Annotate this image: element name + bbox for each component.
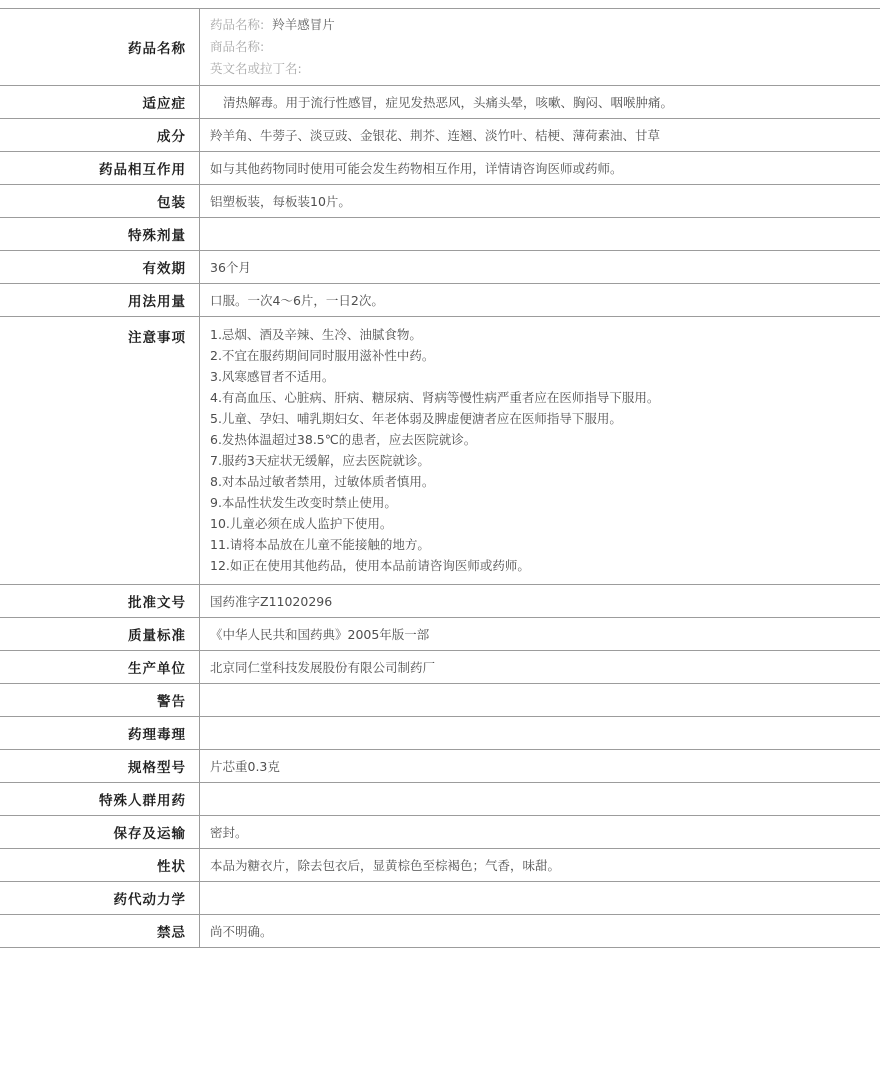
table-row: 药理毒理 xyxy=(0,717,880,750)
row-value: 口服。一次4～6片，一日2次。 xyxy=(200,284,880,316)
table-row: 药代动力学 xyxy=(0,882,880,915)
table-row: 成分 羚羊角、牛蒡子、淡豆豉、金银花、荆芥、连翘、淡竹叶、桔梗、薄荷素油、甘草 xyxy=(0,119,880,152)
table-row: 用法用量 口服。一次4～6片，一日2次。 xyxy=(0,284,880,317)
precaution-line: 11.请将本品放在儿童不能接触的地方。 xyxy=(210,534,868,555)
table-row: 注意事项 1.忌烟、酒及辛辣、生冷、油腻食物。2.不宜在服药期间同时服用滋补性中… xyxy=(0,317,880,585)
row-label: 警告 xyxy=(0,684,200,716)
row-value: 本品为糖衣片，除去包衣后，显黄棕色至棕褐色；气香，味甜。 xyxy=(200,849,880,881)
precaution-line: 9.本品性状发生改变时禁止使用。 xyxy=(210,492,868,513)
row-label: 有效期 xyxy=(0,251,200,283)
table-row: 有效期 36个月 xyxy=(0,251,880,284)
row-label: 药品相互作用 xyxy=(0,152,200,184)
table-row: 适应症 清热解毒。用于流行性感冒，症见发热恶风，头痛头晕，咳嗽、胸闷、咽喉肿痛。 xyxy=(0,86,880,119)
row-label: 保存及运输 xyxy=(0,816,200,848)
row-value xyxy=(200,882,880,914)
row-label: 性状 xyxy=(0,849,200,881)
row-label: 特殊剂量 xyxy=(0,218,200,250)
row-label: 生产单位 xyxy=(0,651,200,683)
row-label: 药代动力学 xyxy=(0,882,200,914)
row-value: 密封。 xyxy=(200,816,880,848)
row-value: 如与其他药物同时使用可能会发生药物相互作用，详情请咨询医师或药师。 xyxy=(200,152,880,184)
row-label: 包装 xyxy=(0,185,200,217)
table-row: 特殊人群用药 xyxy=(0,783,880,816)
field-prefix: 英文名或拉丁名: xyxy=(210,61,302,76)
row-value: 36个月 xyxy=(200,251,880,283)
precaution-line: 8.对本品过敏者禁用，过敏体质者慎用。 xyxy=(210,471,868,492)
row-label: 药品名称 xyxy=(0,9,200,85)
precaution-line: 2.不宜在服药期间同时服用滋补性中药。 xyxy=(210,345,868,366)
row-label: 特殊人群用药 xyxy=(0,783,200,815)
row-value: 铝塑板装，每板装10片。 xyxy=(200,185,880,217)
name-field-line: 英文名或拉丁名: xyxy=(210,58,868,80)
row-label: 规格型号 xyxy=(0,750,200,782)
precaution-line: 12.如正在使用其他药品，使用本品前请咨询医师或药师。 xyxy=(210,555,868,576)
row-value xyxy=(200,684,880,716)
table-row: 性状 本品为糖衣片，除去包衣后，显黄棕色至棕褐色；气香，味甜。 xyxy=(0,849,880,882)
field-prefix: 商品名称: xyxy=(210,39,264,54)
table-row: 批准文号 国药准字Z11020296 xyxy=(0,585,880,618)
row-label: 批准文号 xyxy=(0,585,200,617)
precaution-line: 4.有高血压、心脏病、肝病、糖尿病、肾病等慢性病严重者应在医师指导下服用。 xyxy=(210,387,868,408)
precaution-line: 5.儿童、孕妇、哺乳期妇女、年老体弱及脾虚便溏者应在医师指导下服用。 xyxy=(210,408,868,429)
row-value xyxy=(200,218,880,250)
row-label: 质量标准 xyxy=(0,618,200,650)
row-label: 禁忌 xyxy=(0,915,200,947)
table-row: 保存及运输 密封。 xyxy=(0,816,880,849)
precaution-line: 7.服药3天症状无缓解，应去医院就诊。 xyxy=(210,450,868,471)
precaution-line: 3.风寒感冒者不适用。 xyxy=(210,366,868,387)
field-value: 羚羊感冒片 xyxy=(272,17,335,32)
table-row: 生产单位 北京同仁堂科技发展股份有限公司制药厂 xyxy=(0,651,880,684)
row-value: 清热解毒。用于流行性感冒，症见发热恶风，头痛头晕，咳嗽、胸闷、咽喉肿痛。 xyxy=(200,86,880,118)
name-field-line: 商品名称: xyxy=(210,36,868,58)
row-label: 适应症 xyxy=(0,86,200,118)
row-value xyxy=(200,717,880,749)
table-row: 规格型号 片芯重0.3克 xyxy=(0,750,880,783)
row-value: 片芯重0.3克 xyxy=(200,750,880,782)
row-label: 用法用量 xyxy=(0,284,200,316)
row-value: 药品名称:羚羊感冒片商品名称:英文名或拉丁名: xyxy=(200,9,880,85)
field-prefix: 药品名称: xyxy=(210,17,264,32)
row-value: 北京同仁堂科技发展股份有限公司制药厂 xyxy=(200,651,880,683)
row-label: 成分 xyxy=(0,119,200,151)
precaution-line: 6.发热体温超过38.5℃的患者，应去医院就诊。 xyxy=(210,429,868,450)
table-row: 药品相互作用 如与其他药物同时使用可能会发生药物相互作用，详情请咨询医师或药师。 xyxy=(0,152,880,185)
table-row: 禁忌 尚不明确。 xyxy=(0,915,880,948)
table-row: 质量标准 《中华人民共和国药典》2005年版一部 xyxy=(0,618,880,651)
row-value: 《中华人民共和国药典》2005年版一部 xyxy=(200,618,880,650)
row-value: 国药准字Z11020296 xyxy=(200,585,880,617)
row-value: 尚不明确。 xyxy=(200,915,880,947)
precaution-line: 10.儿童必须在成人监护下使用。 xyxy=(210,513,868,534)
row-label: 注意事项 xyxy=(0,317,200,584)
drug-info-table: 药品名称 药品名称:羚羊感冒片商品名称:英文名或拉丁名: 适应症 清热解毒。用于… xyxy=(0,8,880,948)
row-value: 1.忌烟、酒及辛辣、生冷、油腻食物。2.不宜在服药期间同时服用滋补性中药。3.风… xyxy=(200,317,880,584)
table-row: 特殊剂量 xyxy=(0,218,880,251)
name-field-line: 药品名称:羚羊感冒片 xyxy=(210,14,868,36)
row-label: 药理毒理 xyxy=(0,717,200,749)
table-row: 包装 铝塑板装，每板装10片。 xyxy=(0,185,880,218)
row-value xyxy=(200,783,880,815)
table-row: 警告 xyxy=(0,684,880,717)
table-row: 药品名称 药品名称:羚羊感冒片商品名称:英文名或拉丁名: xyxy=(0,9,880,86)
row-value: 羚羊角、牛蒡子、淡豆豉、金银花、荆芥、连翘、淡竹叶、桔梗、薄荷素油、甘草 xyxy=(200,119,880,151)
precaution-line: 1.忌烟、酒及辛辣、生冷、油腻食物。 xyxy=(210,324,868,345)
